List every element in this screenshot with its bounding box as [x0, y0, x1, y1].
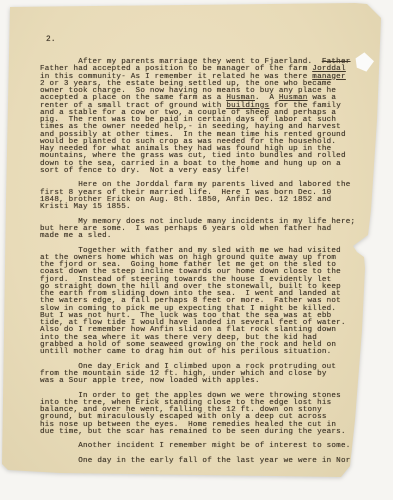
- text-line: One day in the early fall of the last ye…: [40, 458, 360, 465]
- text-segment: One day in the early fall of the last ye…: [40, 457, 355, 465]
- paragraph: One day in the early fall of the last ye…: [40, 458, 360, 465]
- paragraph: Together with father and my sled with me…: [40, 248, 360, 357]
- text-segment: sort of fence to dry. Not a very easy li…: [40, 167, 250, 175]
- document-page: 2. After my parents marriage they went t…: [0, 0, 393, 500]
- text-segment: was a Sour apple tree, now loaded with a…: [40, 377, 260, 385]
- text-segment: due time, but the scar has remained to b…: [40, 428, 346, 436]
- text-line: sort of fence to dry. Not a very easy li…: [40, 168, 360, 175]
- text-line: untill mother came to drag him out of hi…: [40, 349, 360, 356]
- paragraph: One day Erick and I climbed upon a rock …: [40, 364, 360, 386]
- page-number: 2.: [46, 36, 56, 44]
- text-segment: made me a sled.: [40, 232, 112, 240]
- paragraph: My memory does not include many incident…: [40, 219, 360, 241]
- text-line: due time, but the scar has remained to b…: [40, 429, 360, 436]
- text-segment: Kristi May 15 1855.: [40, 203, 131, 211]
- text-line: Kristi May 15 1855.: [40, 204, 360, 211]
- typewritten-text: After my parents marriage they went to F…: [40, 59, 360, 472]
- scan-background: 2. After my parents marriage they went t…: [0, 0, 393, 500]
- text-segment: Another incident I remember might be of …: [40, 442, 351, 450]
- text-line: Another incident I remember might be of …: [40, 443, 360, 450]
- paragraph: Here on the Jorddal farm my parents live…: [40, 182, 360, 211]
- paragraph: In order to get the apples down we were …: [40, 393, 360, 437]
- text-segment: untill mother came to drag him out of hi…: [40, 348, 331, 356]
- paragraph: After my parents marriage they went to F…: [40, 59, 360, 175]
- text-line: made me a sled.: [40, 233, 360, 240]
- paragraph: Another incident I remember might be of …: [40, 443, 360, 450]
- text-line: was a Sour apple tree, now loaded with a…: [40, 378, 360, 385]
